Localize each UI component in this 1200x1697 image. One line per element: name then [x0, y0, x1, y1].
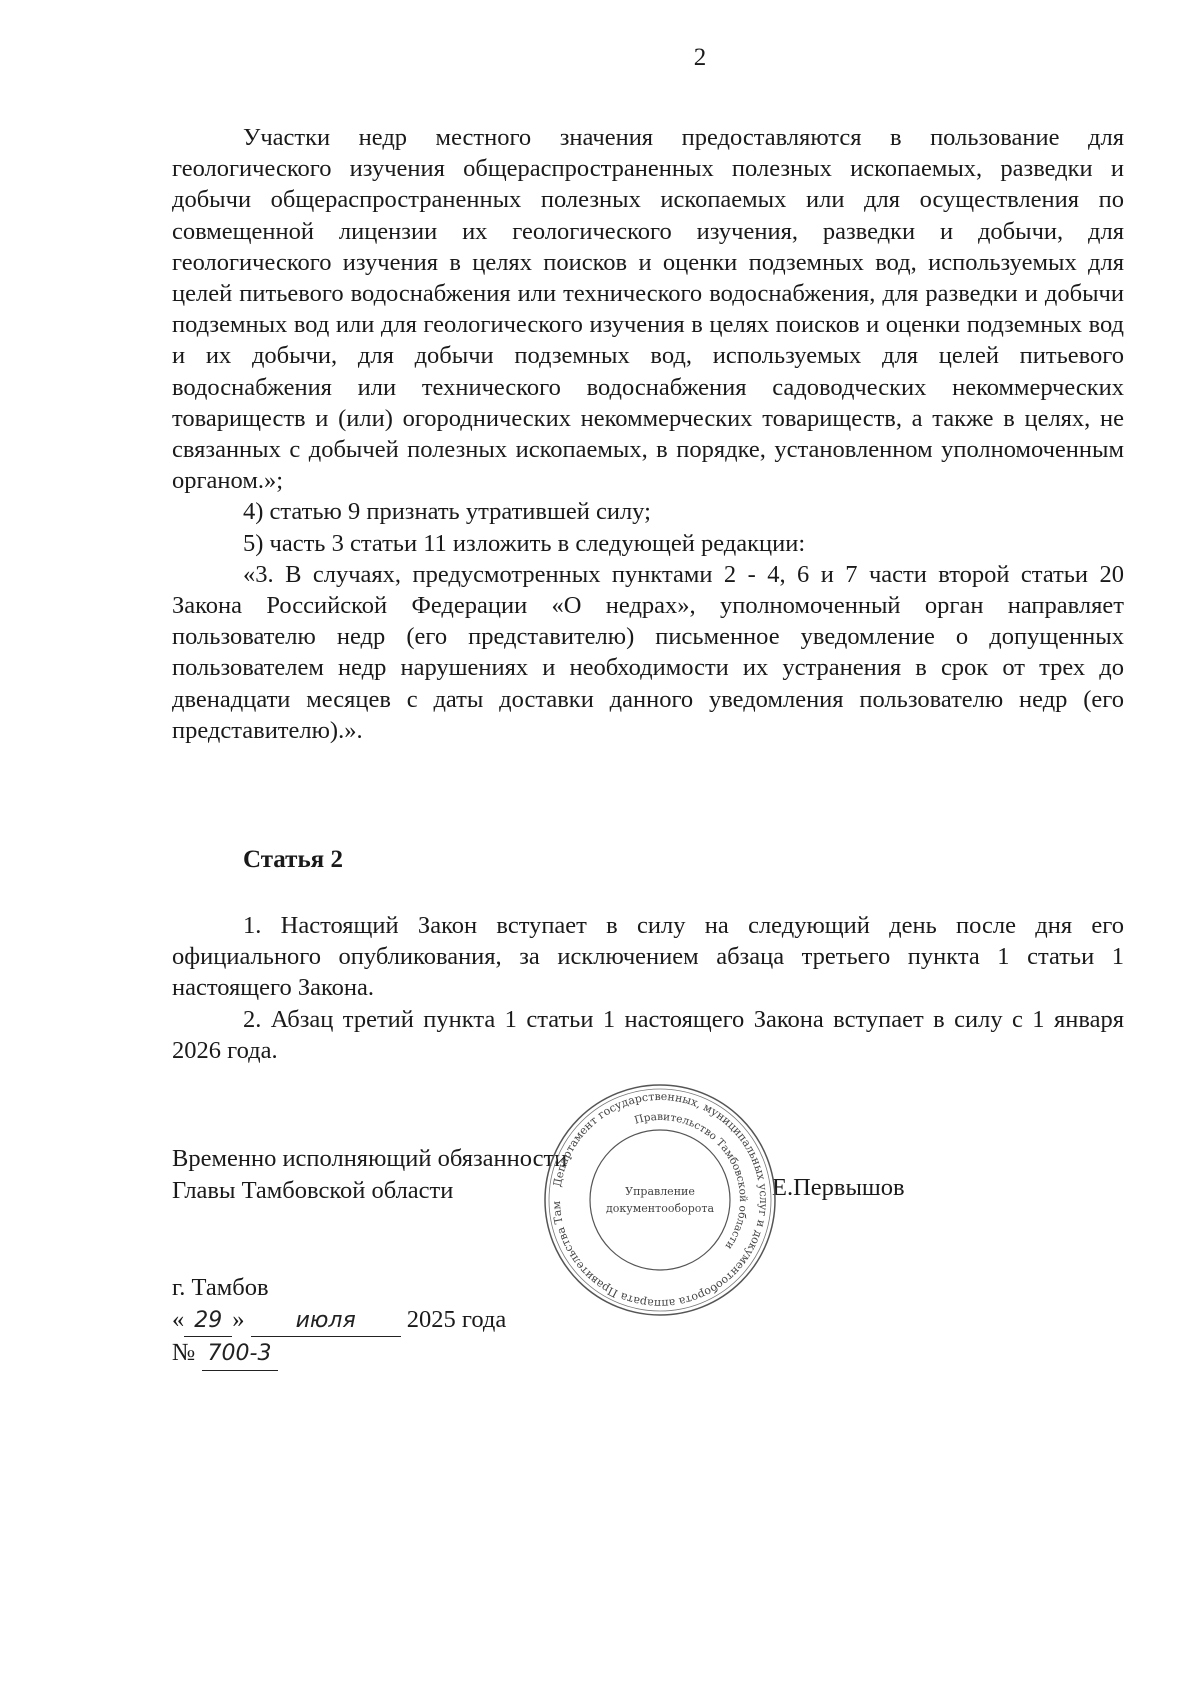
- paragraph: 2. Абзац третий пункта 1 статьи 1 настоя…: [172, 1004, 1124, 1066]
- city: г. Тамбов: [172, 1272, 506, 1304]
- signatory-title: Временно исполняющий обязанности Главы Т…: [172, 1143, 567, 1206]
- svg-text:документооборота: документооборота: [606, 1202, 714, 1215]
- document-footer: г. Тамбов «29» июля 2025 года № 700-3: [172, 1272, 506, 1371]
- paragraph: Участки недр местного значения предостав…: [172, 122, 1124, 496]
- paragraph: «3. В случаях, предусмотренных пунктами …: [172, 559, 1124, 746]
- article1-continuation: Участки недр местного значения предостав…: [172, 122, 1124, 746]
- date-month: июля: [251, 1305, 401, 1338]
- signatory-title-line1: Временно исполняющий обязанности: [172, 1143, 567, 1175]
- date-line: «29» июля 2025 года: [172, 1304, 506, 1338]
- paragraph: 5) часть 3 статьи 11 изложить в следующе…: [172, 528, 1124, 559]
- official-stamp-icon: Департамент государственных, муниципальн…: [540, 1080, 780, 1320]
- signatory-title-line2: Главы Тамбовской области: [172, 1175, 567, 1207]
- article-2-body: 1. Настоящий Закон вступает в силу на сл…: [172, 910, 1124, 1066]
- paragraph: 1. Настоящий Закон вступает в силу на сл…: [172, 910, 1124, 1004]
- article-2-heading: Статья 2: [243, 846, 343, 874]
- date-year: 2025 года: [407, 1306, 506, 1333]
- document-number-line: № 700-3: [172, 1337, 506, 1371]
- document-number: 700-3: [202, 1338, 278, 1371]
- paragraph: 4) статью 9 признать утратившей силу;: [172, 496, 1124, 527]
- number-label: №: [172, 1339, 195, 1366]
- signatory-name: Е.Первышов: [772, 1174, 905, 1202]
- date-day: 29: [184, 1305, 232, 1338]
- svg-text:Управление: Управление: [625, 1185, 695, 1198]
- page-number: 2: [0, 44, 1200, 72]
